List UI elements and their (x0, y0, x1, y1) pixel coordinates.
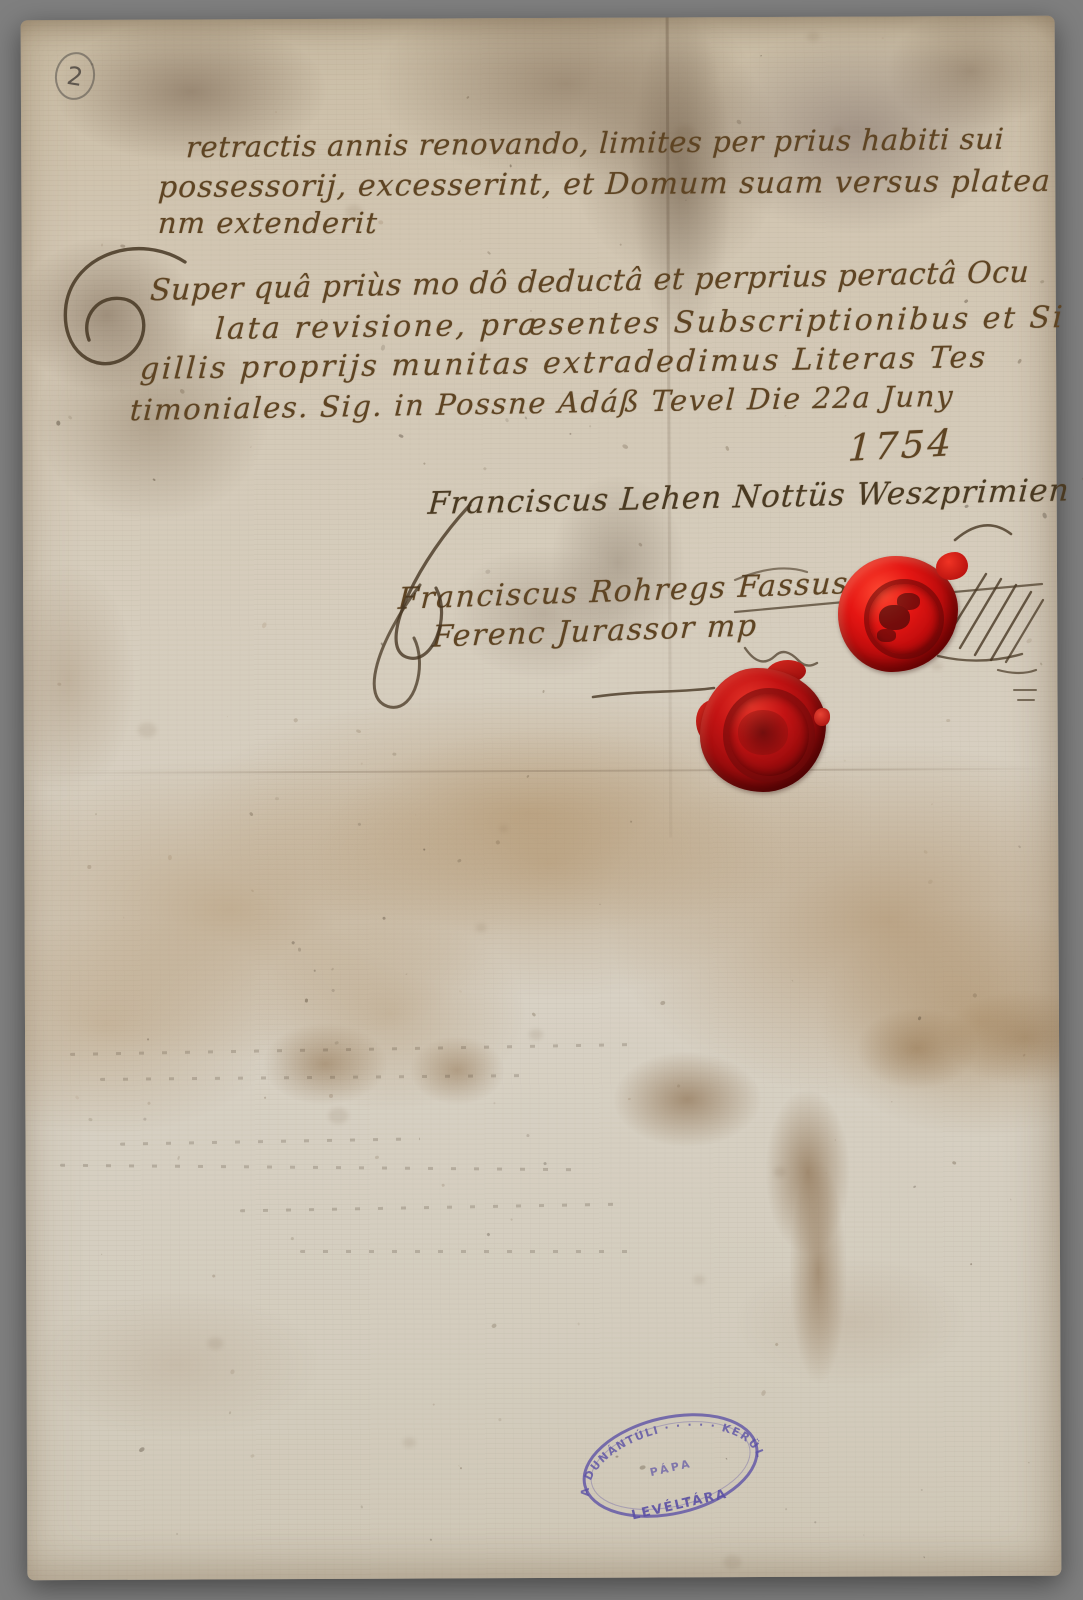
manuscript-paper (21, 16, 1062, 1580)
paper-texture (21, 16, 1062, 1580)
archival-number: 2 (65, 60, 85, 91)
archival-photo: 2 retractis annis renovando, limites per… (0, 0, 1083, 1600)
